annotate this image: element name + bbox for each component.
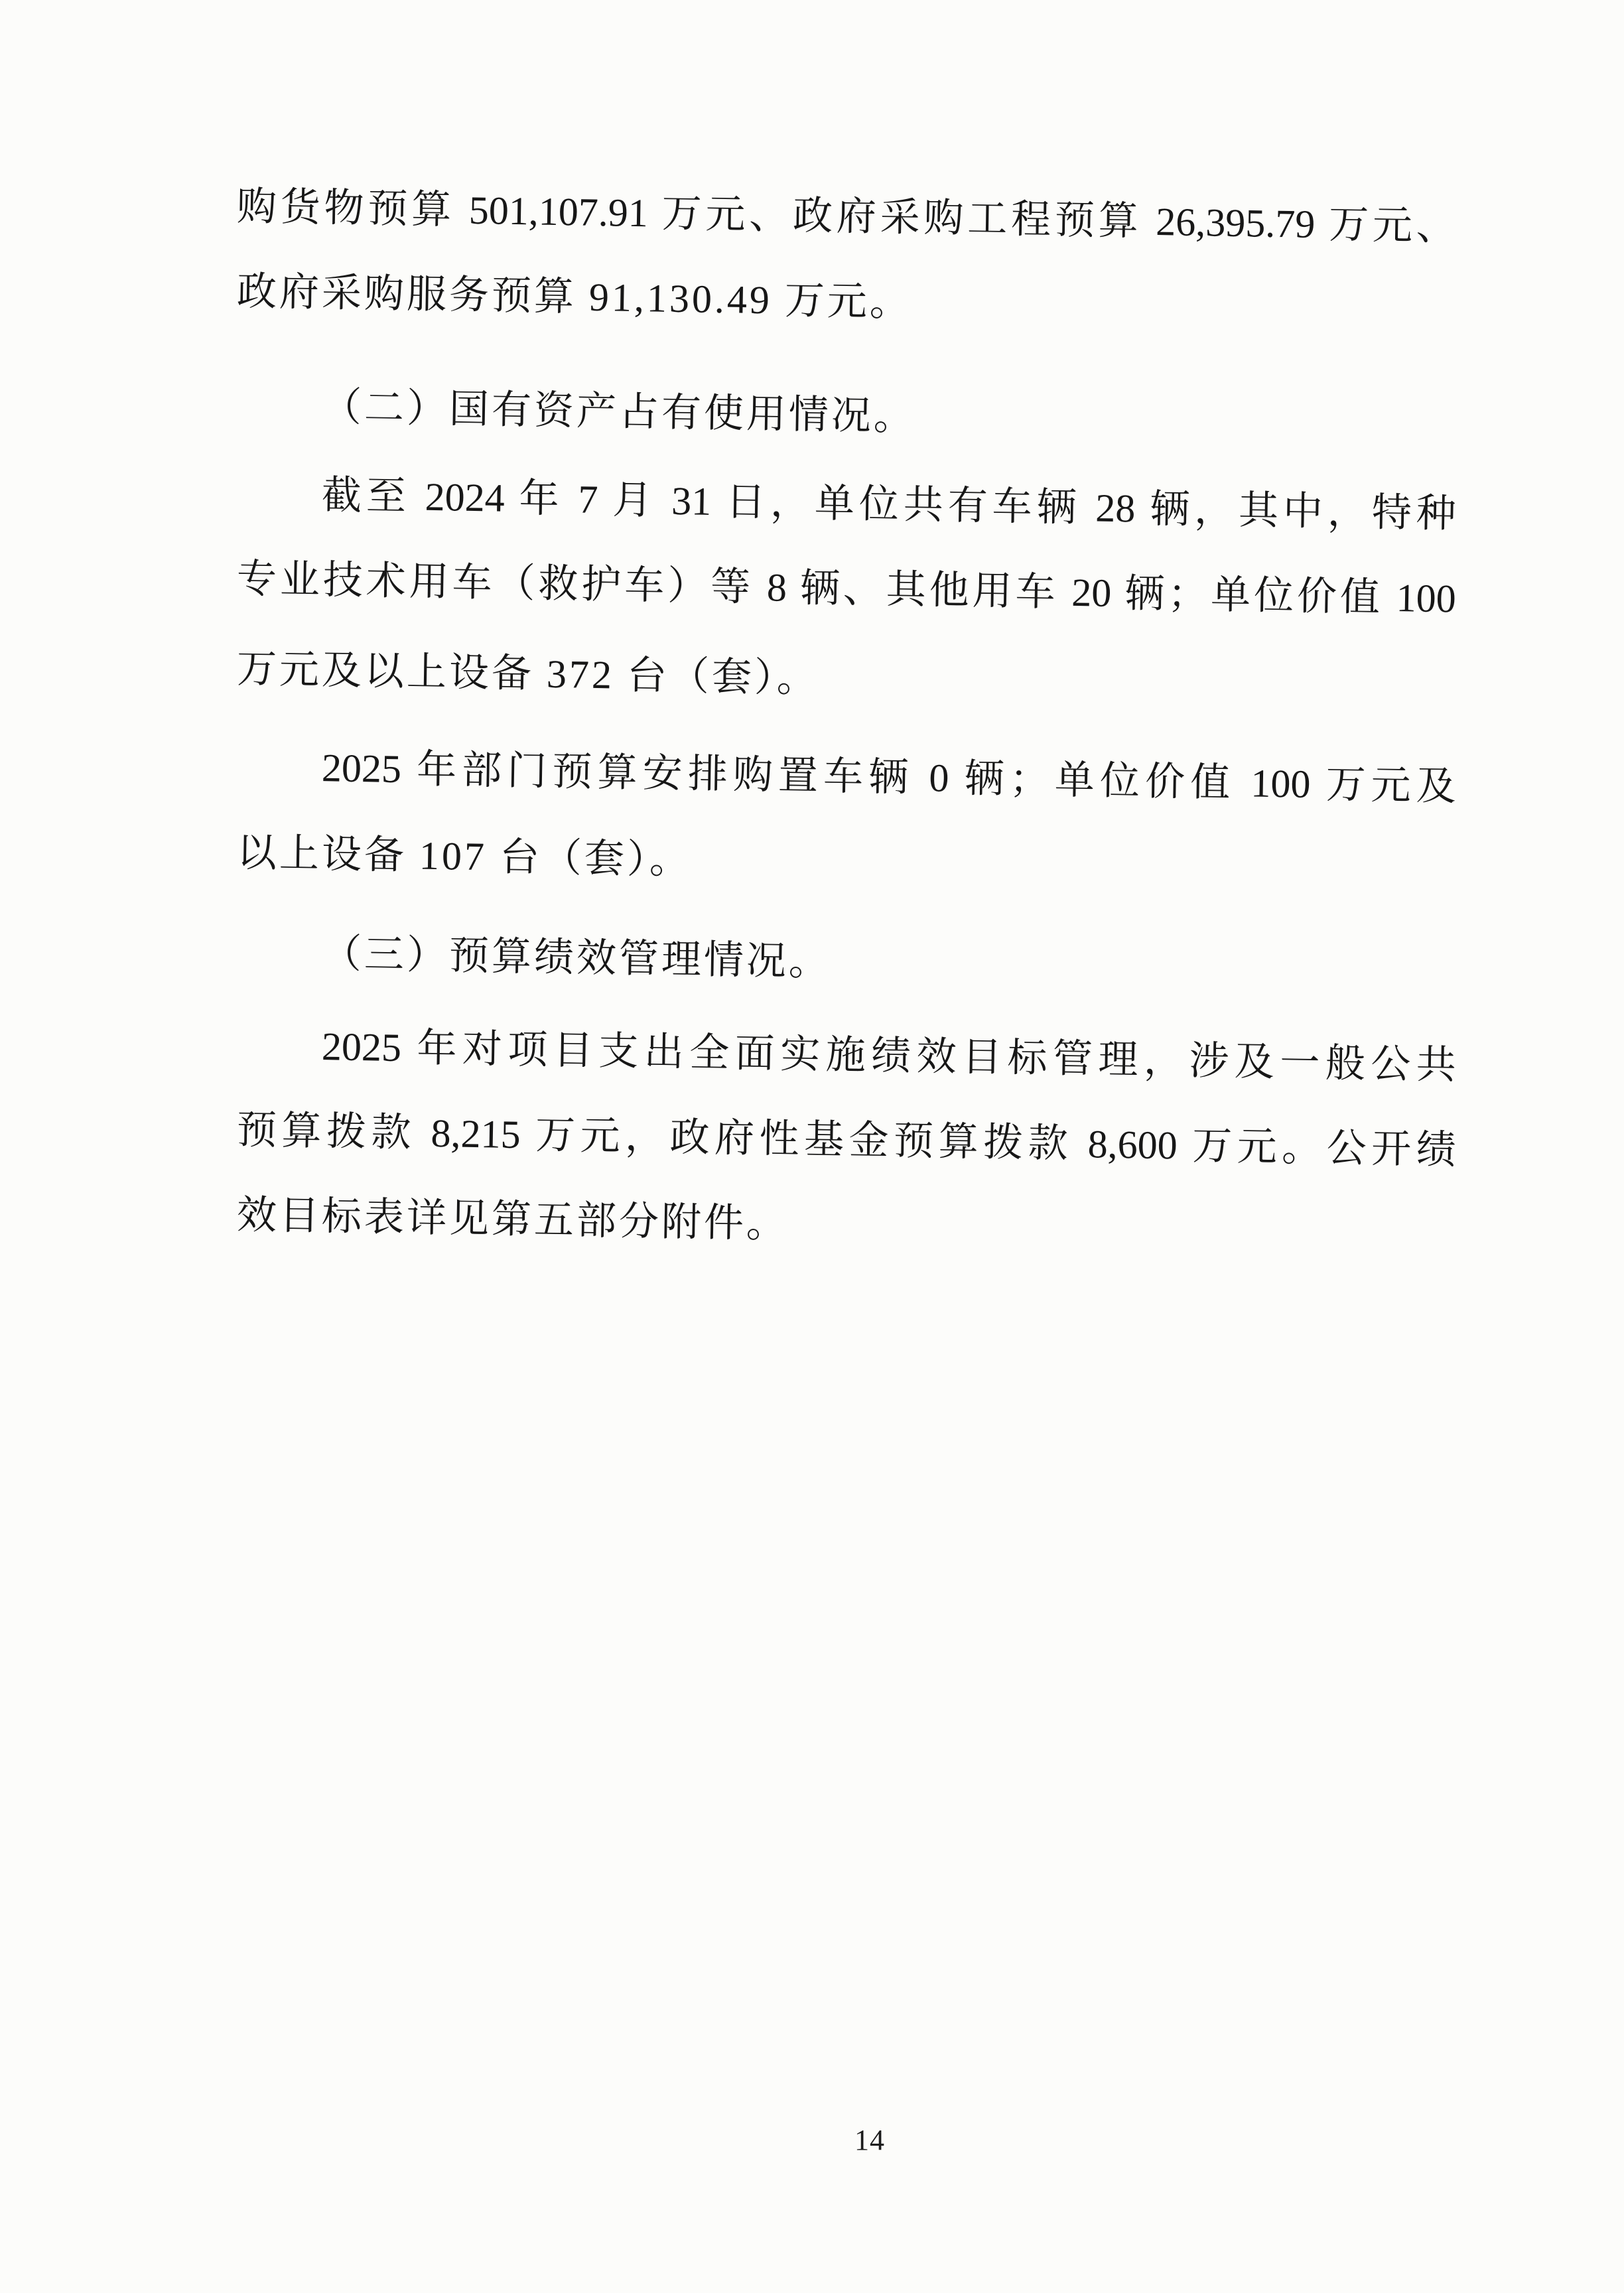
section-heading-3: （三）预算绩效管理情况。 <box>236 910 1457 1014</box>
page-number: 14 <box>854 2122 885 2159</box>
section-heading-2: （二）国有资产占有使用情况。 <box>236 363 1457 468</box>
body-text-line: 万元及以上设备 372 台（套）。 <box>236 626 1457 731</box>
document-page: 购货物预算 501,107.91 万元、政府采购工程预算 26,395.79 万… <box>0 0 1624 2293</box>
body-text-block: 购货物预算 501,107.91 万元、政府采购工程预算 26,395.79 万… <box>237 164 1456 1257</box>
